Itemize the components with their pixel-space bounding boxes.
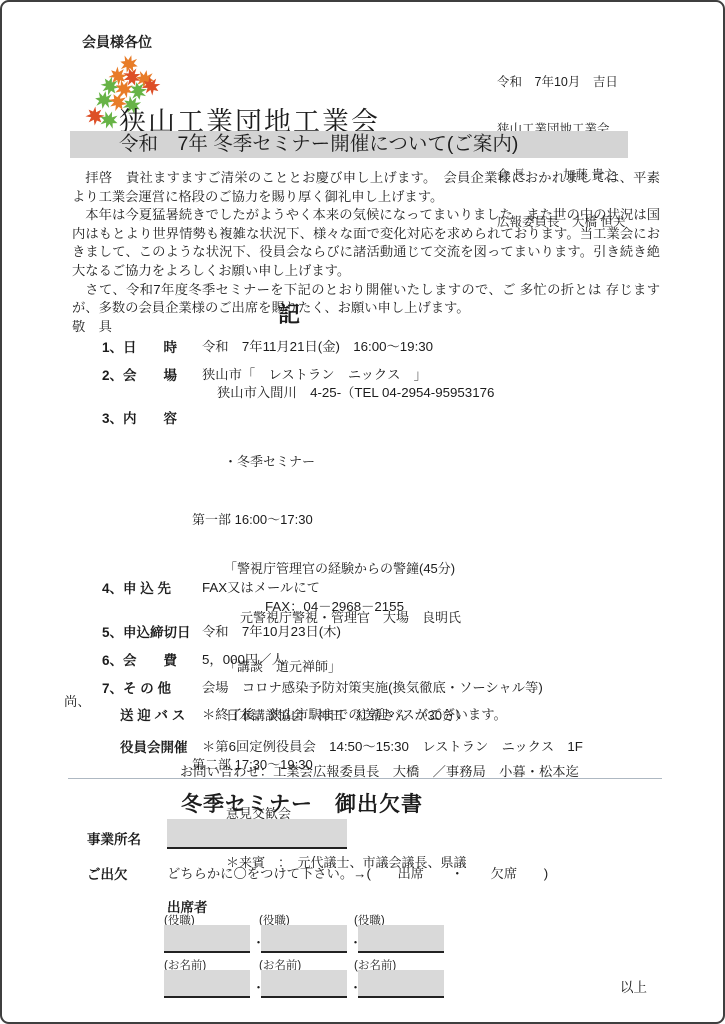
detail-label-other: 7、そ の 他 (102, 677, 171, 697)
note-nao: 尚、 (64, 691, 91, 710)
detail-value-venue-address: 狭山市入間川 4-25-（TEL 04-2954-95953176 (217, 382, 494, 401)
detail-value-venue: 狭山市「 レストラン ニックス 」 (202, 364, 427, 383)
sender-date: 令和 7年10月 吉日 (497, 75, 625, 91)
subject-banner: 令和 7年 冬季セミナー開催について(ご案内) (70, 131, 628, 158)
detail-label-contents: 3、内 容 (102, 407, 177, 427)
letter-paragraph-3: さて、令和7年度冬季セミナーを下記のとおり開催いたしますので、ご 多忙の折とは … (72, 281, 660, 318)
letter-body: 拝啓 貴社ますますご清栄のこととお慶び申し上げます。 会員企業様におかれましては… (72, 169, 660, 336)
attendee-position-field-3[interactable] (358, 925, 444, 953)
letter-paragraph-1: 拝啓 貴社ますますご清栄のこととお慶び申し上げます。 会員企業様におかれましては… (72, 169, 660, 206)
detail-value-deadline: 令和 7年10月23日(木) (202, 621, 341, 640)
program-bullet: ・冬季セミナー (224, 454, 468, 470)
record-heading: 記 (278, 298, 300, 329)
form-closing: 以上 (620, 976, 647, 996)
recipient-line: 会員様各位 (82, 32, 152, 52)
document-page: 会員様各位 令和 7年10月 吉日 狭山工業団地工業会 会 長 加藤 貴之 広報… (0, 0, 725, 1024)
detail-label-fee: 6、会 費 (102, 649, 177, 669)
letter-closing: 敬 具 (72, 318, 660, 337)
detail-label-venue: 2、会 場 (102, 364, 177, 384)
reply-form-title: 冬季セミナー 御出欠書 (2, 788, 602, 818)
detail-value-apply-to: FAX又はメールにて (202, 577, 320, 596)
detail-value-board-meeting: ＊第6回定例役員会 14:50～15:30 レストラン ニックス 1F (202, 736, 583, 755)
letter-paragraph-2: 本年は今夏猛暑続きでしたがようやく本来の気候になってまいりました また世の中の状… (72, 206, 660, 280)
detail-label-apply-to: 4、申 込 先 (102, 577, 171, 597)
detail-value-fax-number: FAX：04－2968－2155 (265, 596, 404, 615)
detail-value-other: 会場 コロナ感染予防対策実施(換気徹底・ソーシャル等) (202, 677, 543, 696)
detail-label-shuttle-bus: 送 迎 バ ス (120, 704, 185, 724)
detail-label-deadline: 5、申込締切日 (102, 621, 191, 641)
attendee-position-field-1[interactable] (164, 925, 250, 953)
detail-label-board-meeting: 役員会開催 (120, 736, 188, 756)
program-part1-heading: 第一部 16:00～17:30 (192, 512, 468, 528)
company-name-label: 事業所名 (87, 828, 141, 848)
program-lecture1-title: 「警視庁管理官の経験からの警鐘(45分) (224, 561, 468, 577)
attendee-name-field-1[interactable] (164, 970, 250, 998)
section-divider (68, 778, 662, 779)
detail-value-shuttle-bus: ＊終了後、狭山市駅までの送迎バスがございます。 (202, 704, 507, 723)
detail-value-datetime: 令和 7年11月21日(金) 16:00～19:30 (202, 336, 433, 355)
attendee-name-field-3[interactable] (358, 970, 444, 998)
attendance-instruction: どちらかに〇をつけて下さい。→( 出席 ・ 欠席 ) (167, 863, 548, 882)
company-name-field[interactable] (167, 819, 347, 849)
attendee-position-field-2[interactable] (261, 925, 347, 953)
attendance-label: ご出欠 (87, 863, 128, 883)
detail-label-datetime: 1、日 時 (102, 336, 177, 356)
detail-value-fee: 5，000円／人 (202, 649, 285, 668)
attendee-name-field-2[interactable] (261, 970, 347, 998)
